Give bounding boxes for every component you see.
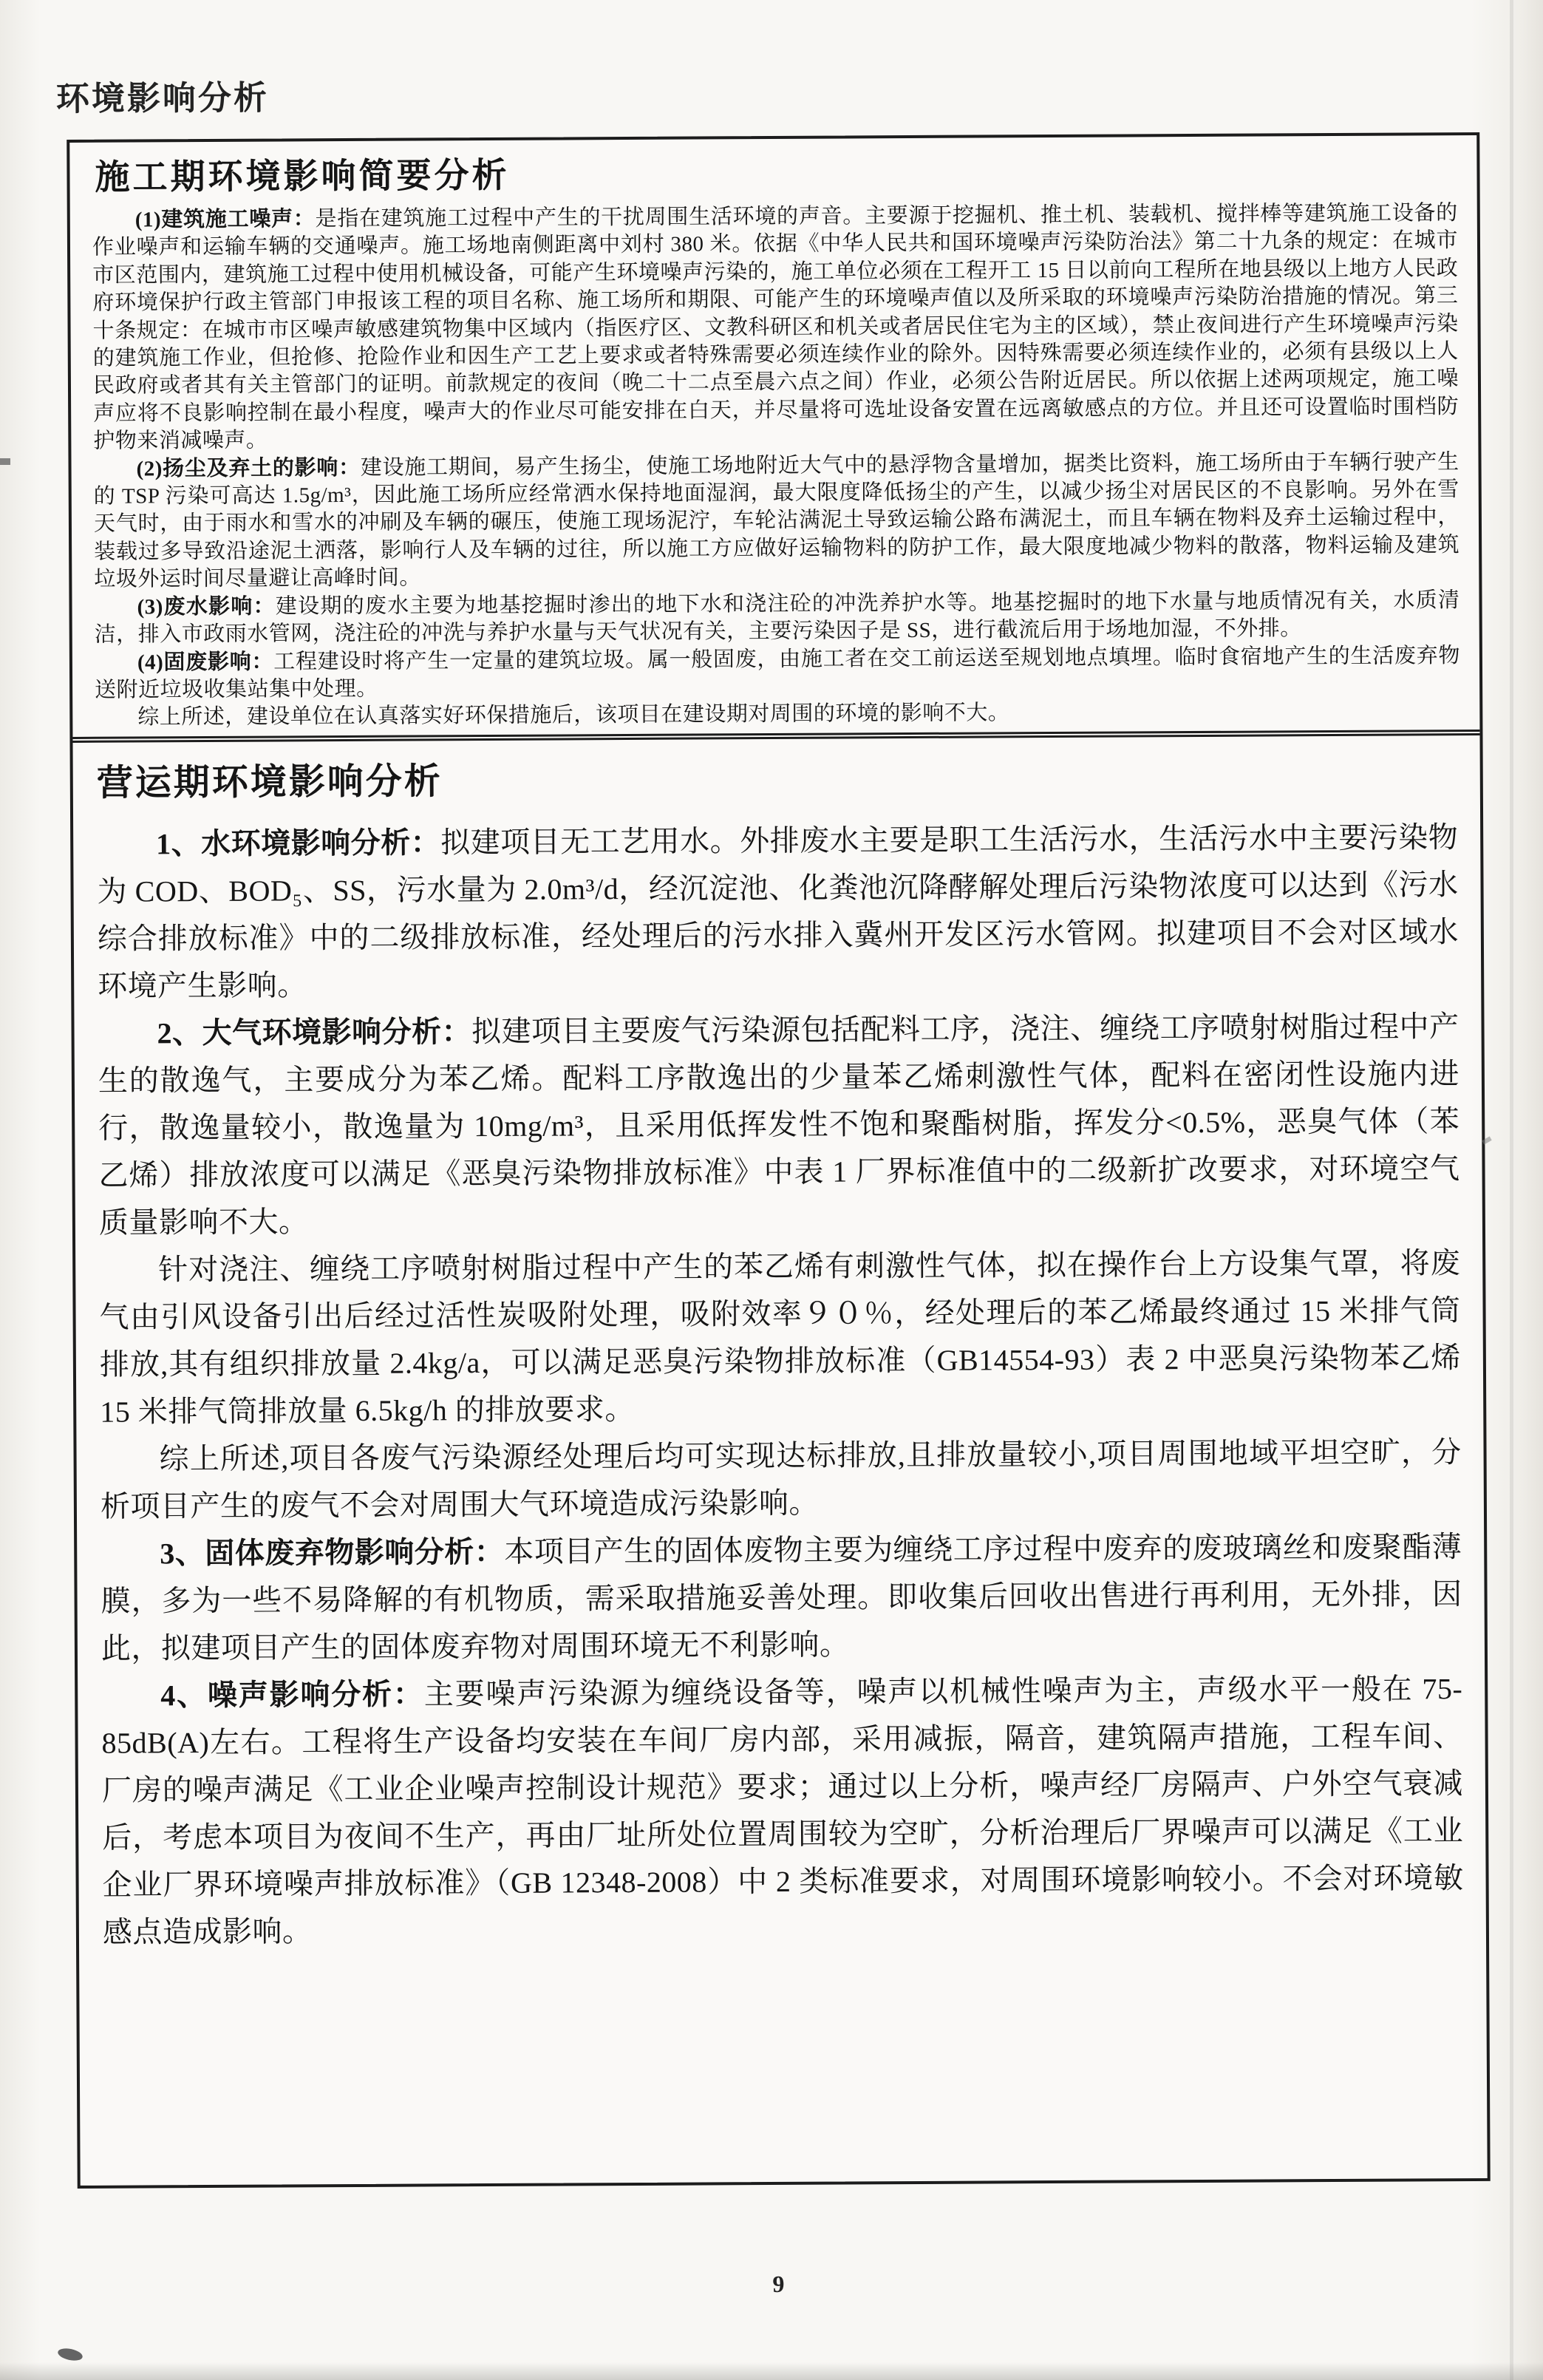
paragraph-noise-impact: 4、噪声影响分析：主要噪声污染源为缠绕设备等，噪声以机械性噪声为主，声级水平一般…: [101, 1665, 1464, 1956]
report-table: 施工期环境影响简要分析 (1)建筑施工噪声：是指在建筑施工过程中产生的干扰周围生…: [67, 132, 1490, 2189]
paragraph-text: 综上所述，建设单位在认真落实好环保措施后，该项目在建设期对周围的环境的影响不大。: [137, 701, 1009, 730]
page-title: 环境影响分析: [56, 71, 269, 120]
paragraph-lead: 1、水环境影响分析：: [156, 826, 440, 860]
paragraph-text: 针对浇注、缠绕工序喷射树脂过程中产生的苯乙烯有刺激性气体，拟在操作台上方设集气罩…: [99, 1246, 1461, 1429]
paragraph-wastewater: (3)废水影响：建设期的废水主要为地基挖掘时渗出的地下水和浇注砼的冲洗养护水等。…: [94, 587, 1459, 649]
paragraph-lead: 2、大气环境影响分析：: [157, 1015, 471, 1050]
paragraph-lead: (3)废水影响：: [137, 594, 276, 619]
paragraph-air-impact: 2、大气环境影响分析：拟建项目主要废气污染源包括配料工序，浇注、缠绕工序喷射树脂…: [98, 1003, 1460, 1247]
paragraph-text: 工程建设时将产生一定量的建筑垃圾。属一般固废，由施工者在交工前运送至规划地点填埋…: [95, 644, 1460, 702]
construction-period-section: 施工期环境影响简要分析 (1)建筑施工噪声：是指在建筑施工过程中产生的干扰周围生…: [69, 135, 1479, 743]
paragraph-text: 主要噪声污染源为缠绕设备等，噪声以机械性噪声为主，声级水平一般在 75-85dB…: [101, 1672, 1463, 1949]
paragraph-solid-waste-impact: 3、固体废弃物影响分析：本项目产生的固体废物主要为缠绕工序过程中废弃的废玻璃丝和…: [101, 1523, 1462, 1673]
paragraph-lead: 4、噪声影响分析：: [160, 1677, 424, 1712]
paragraph-text: 建设期的废水主要为地基挖掘时渗出的地下水和浇注砼的冲洗养护水等。地基挖掘时的地下…: [95, 588, 1460, 647]
paragraph-lead: (4)固废影响：: [137, 650, 273, 674]
document-page: 环境影响分析 施工期环境影响简要分析 (1)建筑施工噪声：是指在建筑施工过程中产…: [0, 0, 1543, 2380]
paragraph-construction-noise: (1)建筑施工噪声：是指在建筑施工过程中产生的干扰周围生活环境的声音。主要源于挖…: [92, 200, 1459, 455]
operation-section-title: 营运期环境影响分析: [97, 747, 1458, 806]
paragraph-styrene-treatment: 针对浇注、缠绕工序喷射树脂过程中产生的苯乙烯有刺激性气体，拟在操作台上方设集气罩…: [99, 1240, 1461, 1436]
paragraph-dust-spoil: (2)扬尘及弃土的影响：建设施工期间，易产生扬尘，使施工场地附近大气中的悬浮物含…: [93, 449, 1459, 594]
paragraph-water-impact: 1、水环境影响分析：拟建项目无工艺用水。外排废水主要是职工生活污水，生活污水中主…: [97, 814, 1459, 1010]
paragraph-text: 是指在建筑施工过程中产生的干扰周围生活环境的声音。主要源于挖掘机、推土机、装载机…: [92, 201, 1459, 453]
construction-section-title: 施工期环境影响简要分析: [95, 143, 1457, 200]
paragraph-lead: 3、固体废弃物影响分析：: [160, 1535, 504, 1570]
paragraph-text: 综上所述,项目各废气污染源经处理后均可实现达标排放,且排放量较小,项目周围地域平…: [101, 1435, 1462, 1523]
operation-period-section: 营运期环境影响分析 1、水环境影响分析：拟建项目无工艺用水。外排废水主要是职工生…: [73, 735, 1488, 2186]
paragraph-lead: (2)扬尘及弃土的影响：: [136, 456, 360, 481]
paragraph-solid-waste: (4)固废影响：工程建设时将产生一定量的建筑垃圾。属一般固废，由施工者在交工前运…: [95, 642, 1460, 704]
paragraph-lead: (1)建筑施工噪声：: [135, 207, 316, 231]
paragraph-air-summary: 综上所述,项目各废气污染源经处理后均可实现达标排放,且排放量较小,项目周围地域平…: [100, 1429, 1462, 1531]
scanned-content: 环境影响分析 施工期环境影响简要分析 (1)建筑施工噪声：是指在建筑施工过程中产…: [0, 0, 1543, 2380]
page-number: 9: [7, 2267, 1543, 2302]
